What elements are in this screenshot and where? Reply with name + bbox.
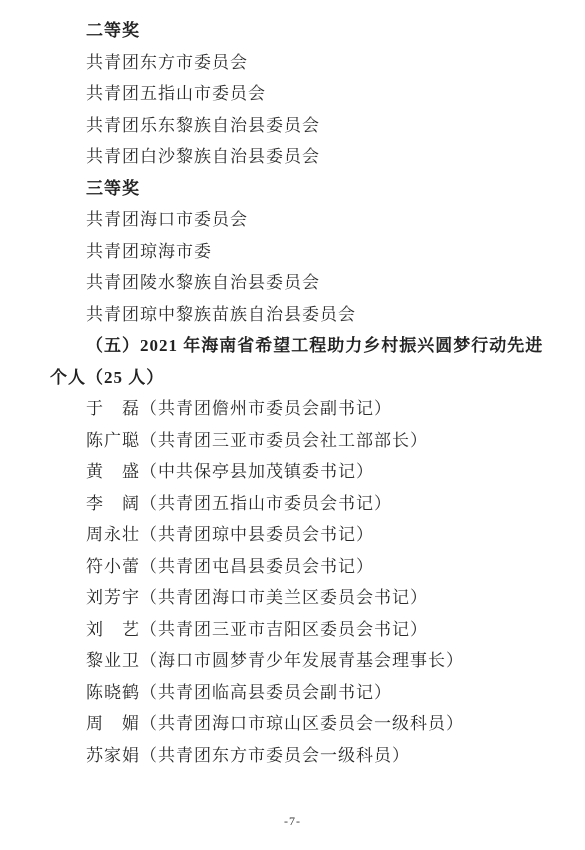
award-org: 共青团琼海市委	[50, 236, 539, 268]
award-org: 共青团海口市委员会	[50, 204, 539, 236]
award-org: 共青团陵水黎族自治县委员会	[50, 267, 539, 299]
person-entry: 黎业卫（海口市圆梦青少年发展青基会理事长）	[50, 645, 539, 677]
person-entry: 陈广聪（共青团三亚市委员会社工部部长）	[50, 425, 539, 457]
person-entry: 苏家娟（共青团东方市委员会一级科员）	[50, 740, 539, 772]
section-title-second-prize: 二等奖	[50, 15, 539, 47]
person-entry: 周 媚（共青团海口市琼山区委员会一级科员）	[50, 708, 539, 740]
person-entry: 于 磊（共青团儋州市委员会副书记）	[50, 393, 539, 425]
page-number: -7-	[0, 814, 585, 829]
person-entry: 陈晓鹤（共青团临高县委员会副书记）	[50, 677, 539, 709]
section-title-third-prize: 三等奖	[50, 173, 539, 205]
person-entry: 刘芳宇（共青团海口市美兰区委员会书记）	[50, 582, 539, 614]
section-five-heading-line2: 个人（25 人）	[50, 362, 539, 394]
award-org: 共青团琼中黎族苗族自治县委员会	[50, 299, 539, 331]
person-entry: 符小蕾（共青团屯昌县委员会书记）	[50, 551, 539, 583]
award-org: 共青团白沙黎族自治县委员会	[50, 141, 539, 173]
person-entry: 周永壮（共青团琼中县委员会书记）	[50, 519, 539, 551]
document-page: 二等奖 共青团东方市委员会 共青团五指山市委员会 共青团乐东黎族自治县委员会 共…	[0, 0, 585, 850]
document-body: 二等奖 共青团东方市委员会 共青团五指山市委员会 共青团乐东黎族自治县委员会 共…	[0, 0, 585, 771]
section-five-heading-line1: （五）2021 年海南省希望工程助力乡村振兴圆梦行动先进	[50, 330, 539, 362]
award-org: 共青团乐东黎族自治县委员会	[50, 110, 539, 142]
person-entry: 李 阔（共青团五指山市委员会书记）	[50, 488, 539, 520]
person-entry: 黄 盛（中共保亭县加茂镇委书记）	[50, 456, 539, 488]
person-entry: 刘 艺（共青团三亚市吉阳区委员会书记）	[50, 614, 539, 646]
award-org: 共青团五指山市委员会	[50, 78, 539, 110]
award-org: 共青团东方市委员会	[50, 47, 539, 79]
